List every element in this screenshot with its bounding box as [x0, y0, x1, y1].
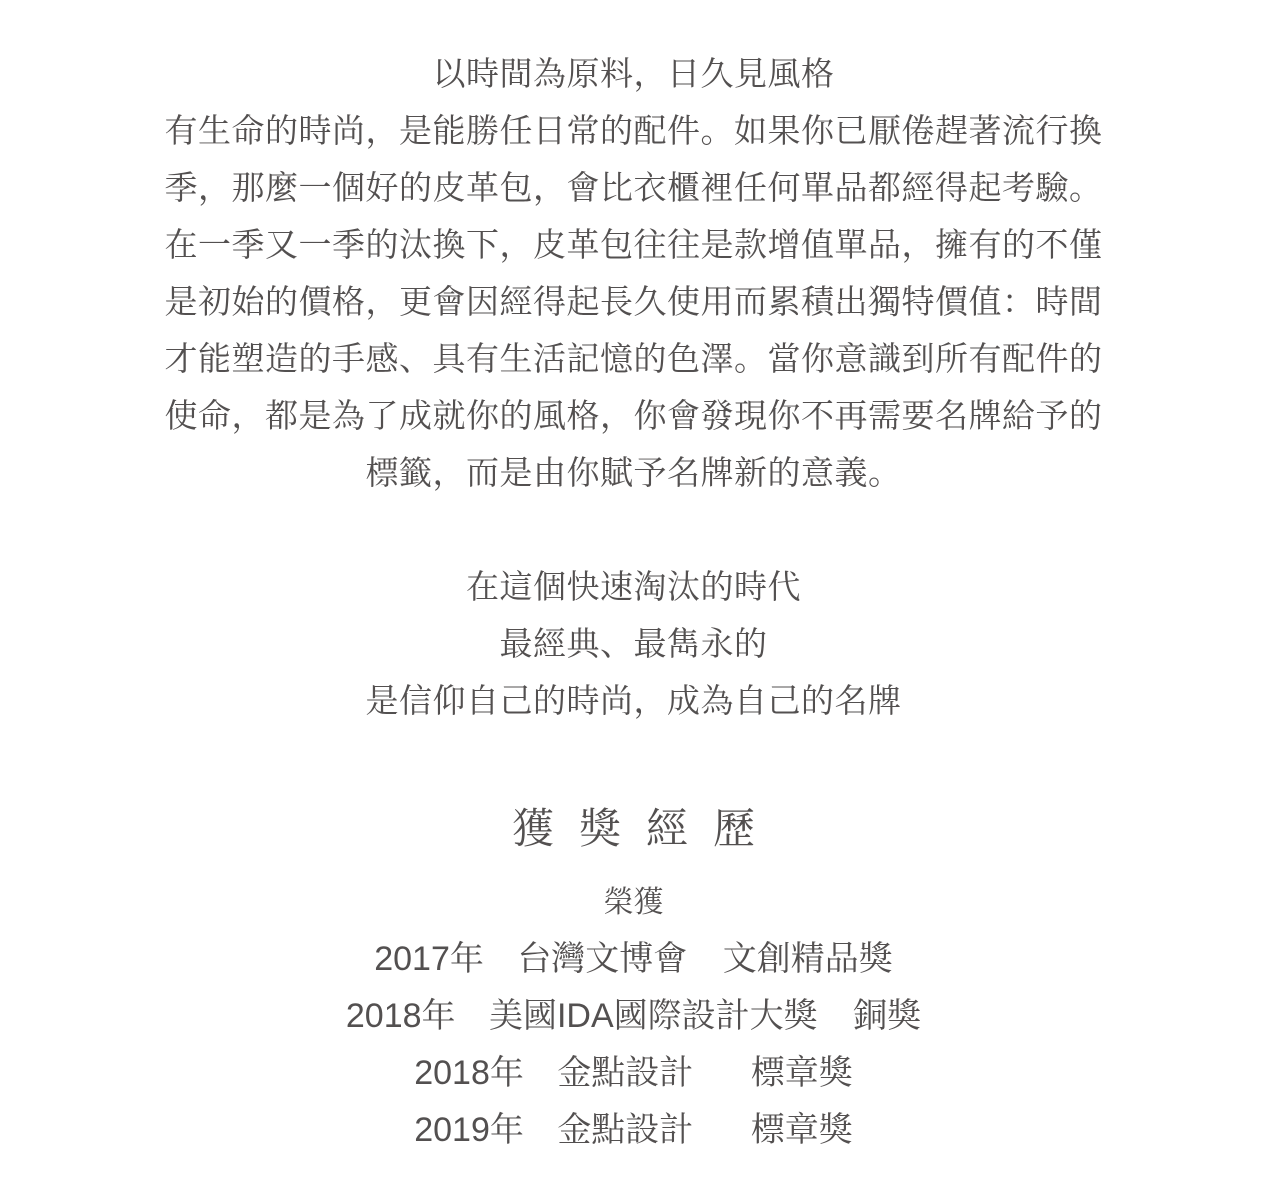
award-prize: 標章獎	[751, 1111, 853, 1149]
intro-paragraph-line: 使命，都是為了成就你的風格，你會發現你不再需要名牌給予的	[0, 387, 1267, 444]
award-year: 2018年	[414, 1054, 524, 1092]
intro-paragraph-line: 是初始的價格，更會因經得起長久使用而累積出獨特價值：時間	[0, 273, 1267, 330]
award-year: 2018年	[346, 997, 456, 1035]
intro-title: 以時間為原料，日久見風格	[0, 45, 1267, 102]
intro-paragraph-line: 在一季又一季的汰換下，皮革包往往是款增值單品，擁有的不僅	[0, 216, 1267, 273]
awards-heading: 獲獎經歷	[0, 800, 1267, 857]
award-year: 2017年	[374, 940, 484, 978]
award-row: 2019年 金點設計 標章獎	[0, 1102, 1267, 1159]
awards-section: 獲獎經歷 榮獲 2017年 台灣文博會 文創精品獎 2018年 美國IDA國際設…	[0, 800, 1267, 1159]
slogan-line: 在這個快速淘汰的時代	[0, 558, 1267, 615]
slogan-line: 是信仰自己的時尚，成為自己的名牌	[0, 672, 1267, 729]
awards-list: 2017年 台灣文博會 文創精品獎 2018年 美國IDA國際設計大獎 銅獎 2…	[0, 931, 1267, 1159]
intro-paragraph-line: 標籤，而是由你賦予名牌新的意義。	[0, 444, 1267, 501]
award-prize: 銅獎	[853, 997, 921, 1035]
intro-paragraph-line: 季，那麼一個好的皮革包，會比衣櫃裡任何單品都經得起考驗。	[0, 159, 1267, 216]
intro-paragraph-line: 有生命的時尚，是能勝任日常的配件。如果你已厭倦趕著流行換	[0, 102, 1267, 159]
award-event: 美國IDA國際設計大獎	[489, 997, 818, 1035]
award-event: 台灣文博會	[517, 940, 687, 978]
award-event: 金點設計	[557, 1111, 693, 1149]
award-year: 2019年	[414, 1111, 524, 1149]
awards-intro-label: 榮獲	[0, 874, 1267, 931]
award-prize: 文創精品獎	[723, 940, 893, 978]
product-description-page: 以時間為原料，日久見風格 有生命的時尚，是能勝任日常的配件。如果你已厭倦趕著流行…	[0, 0, 1267, 1159]
award-row: 2017年 台灣文博會 文創精品獎	[0, 931, 1267, 988]
award-row: 2018年 美國IDA國際設計大獎 銅獎	[0, 988, 1267, 1045]
slogan-section: 在這個快速淘汰的時代 最經典、最雋永的 是信仰自己的時尚，成為自己的名牌	[0, 558, 1267, 729]
slogan-line: 最經典、最雋永的	[0, 615, 1267, 672]
award-row: 2018年 金點設計 標章獎	[0, 1045, 1267, 1102]
award-prize: 標章獎	[751, 1054, 853, 1092]
award-event: 金點設計	[557, 1054, 693, 1092]
intro-paragraph-line: 才能塑造的手感、具有生活記憶的色澤。當你意識到所有配件的	[0, 330, 1267, 387]
intro-section: 以時間為原料，日久見風格 有生命的時尚，是能勝任日常的配件。如果你已厭倦趕著流行…	[0, 45, 1267, 501]
